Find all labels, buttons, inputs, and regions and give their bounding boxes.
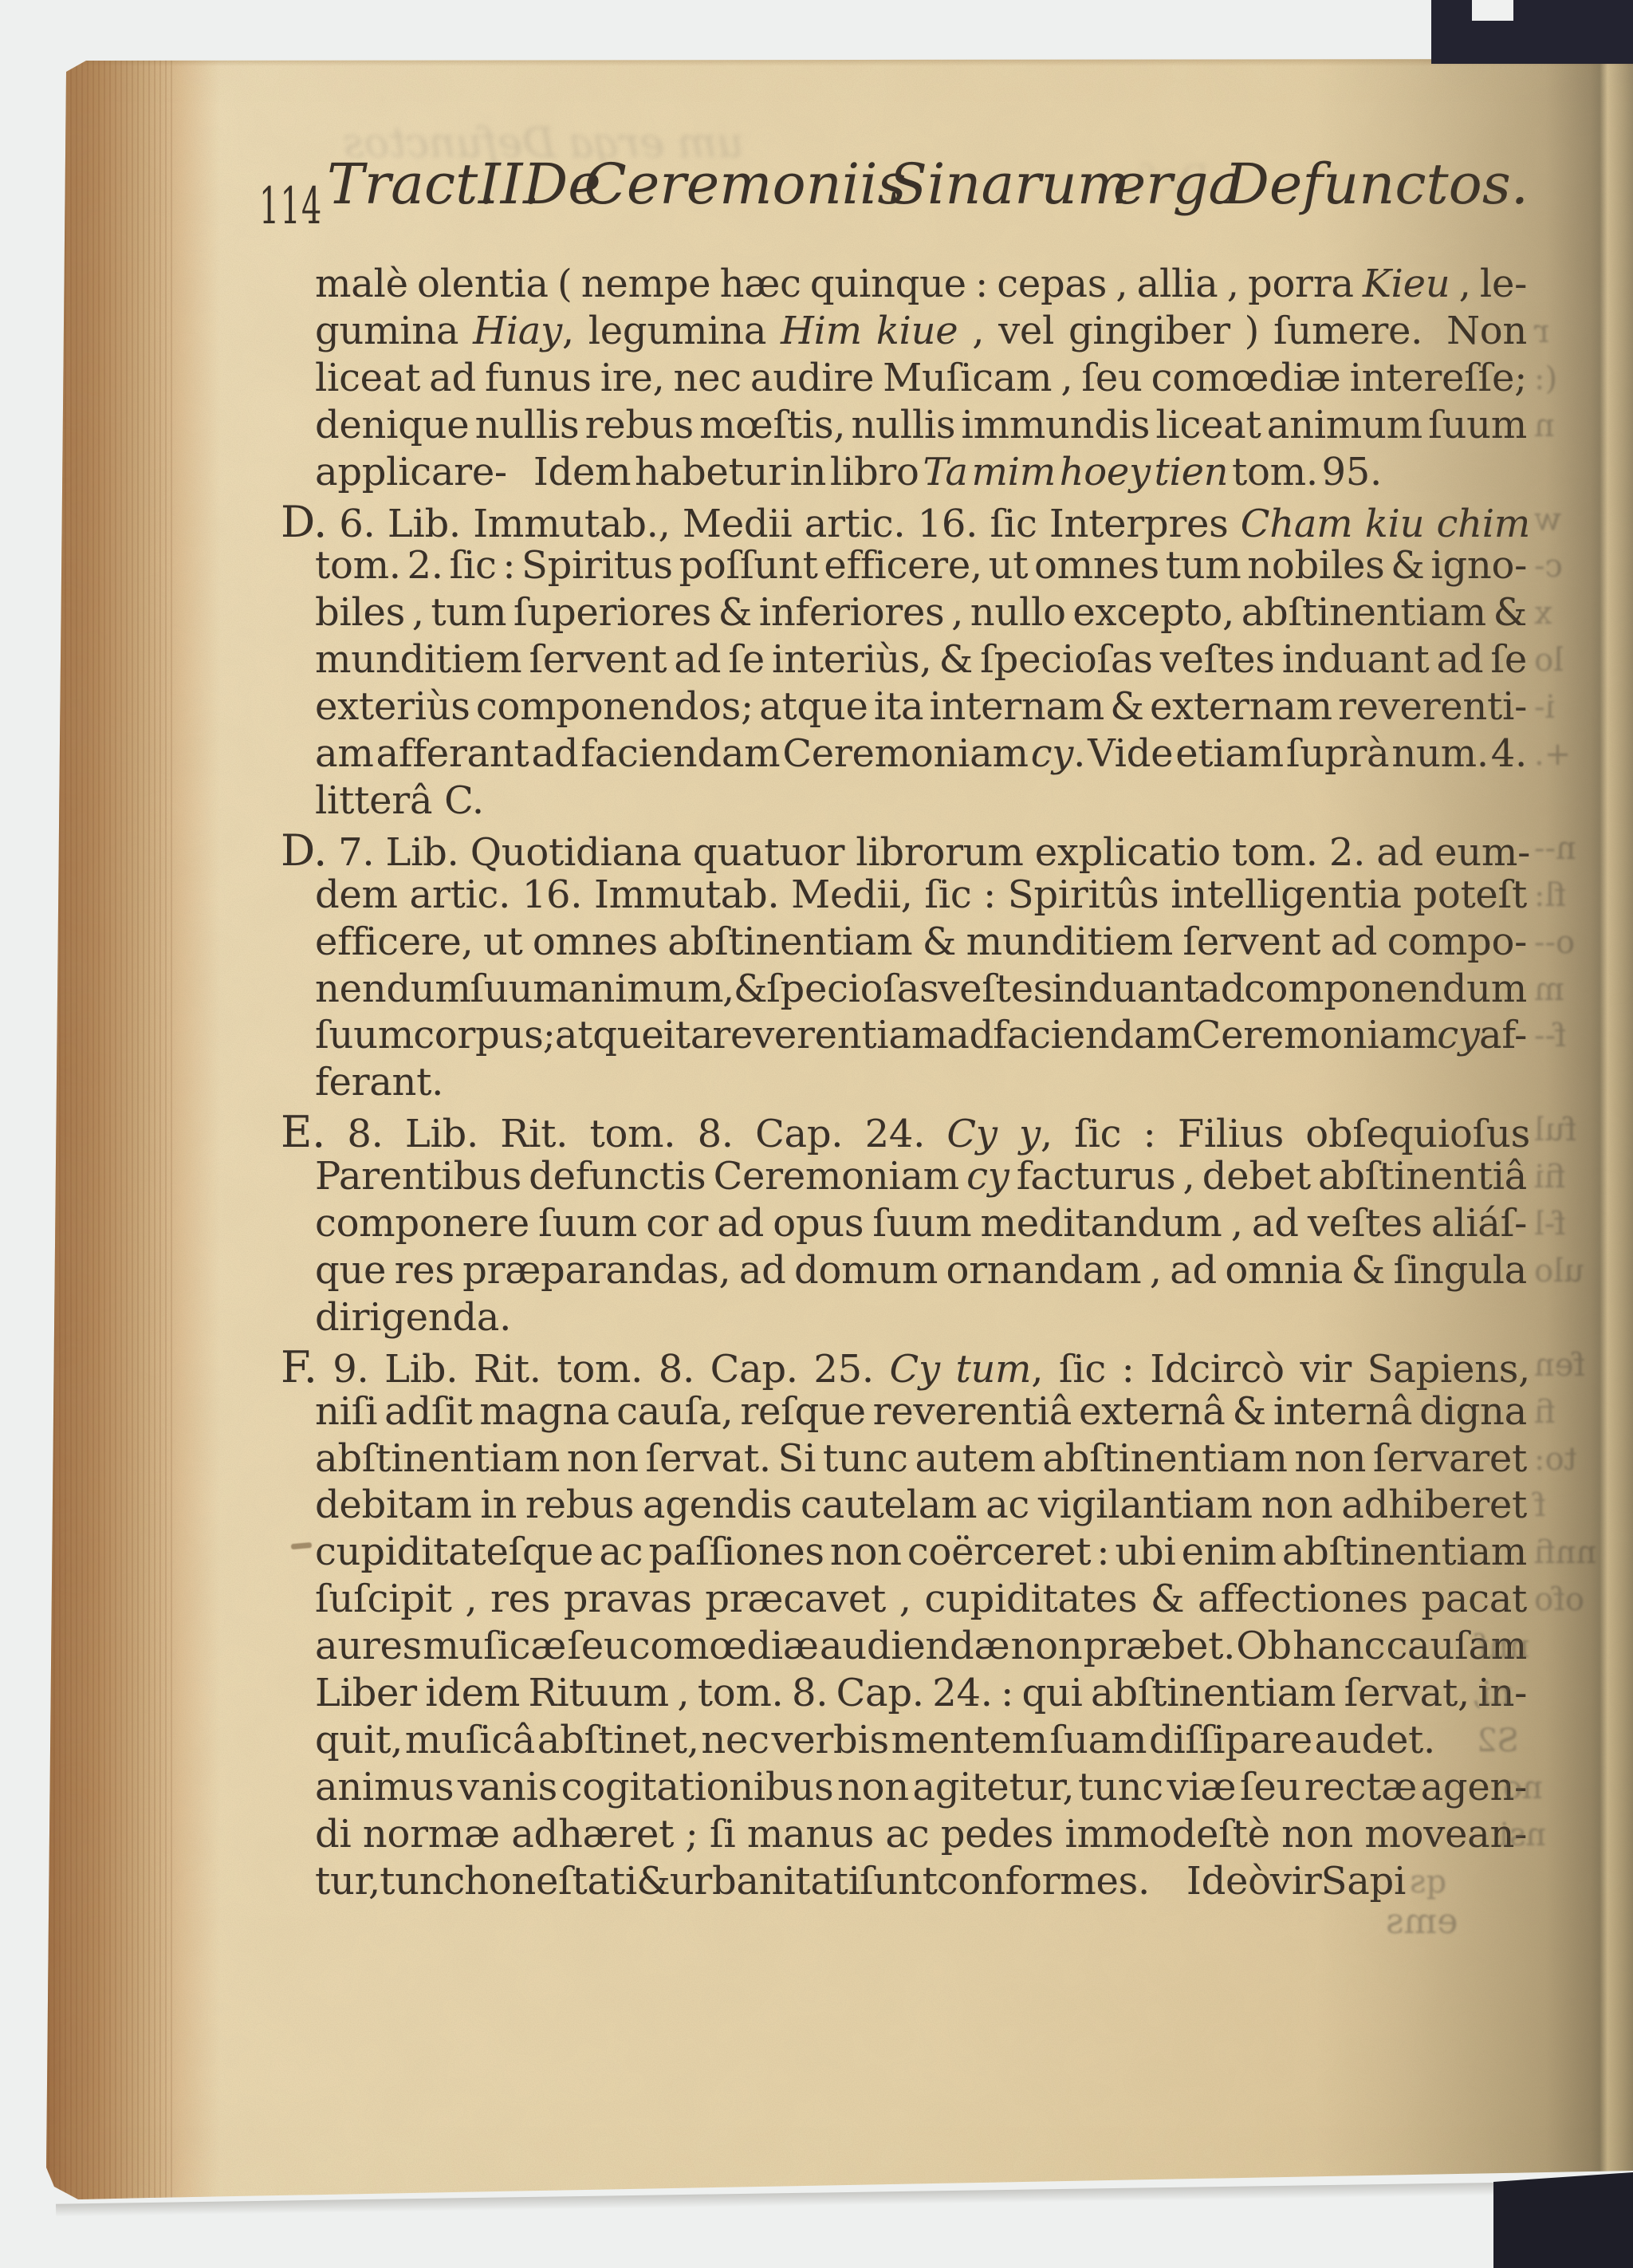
text-line: ſuſcipit , res pravas præcavet , cupidit… [315,1578,1527,1620]
text-segment: liceat ad funus ire, nec audire Muſicam … [315,356,1527,400]
text-segment: am afferant ad faciendam Ceremoniam [315,731,1031,776]
binding-top-right [1431,0,1633,64]
text-line: am afferant ad faciendam Ceremoniam cy. … [315,733,1527,775]
text-line: Liber idem Rituum , tom. 8. Cap. 24. : q… [315,1672,1527,1715]
text-line: cupiditateſque ac paſſiones non coërcere… [315,1531,1527,1573]
text-line: abſtinentiam non ſervat. Si tunc autem a… [315,1438,1527,1480]
text-line: ferant. [315,1061,443,1104]
setoff-ghost: f-l [1534,1206,1566,1242]
text-line: quit, muſicâ abſtinet, nec verbis mentem… [315,1719,1435,1762]
setoff-ghost: o-- [1534,924,1575,961]
text-segment: Kieu [1363,262,1450,306]
text-segment: Cy y [946,1112,1040,1156]
page-top-edge-shadow [45,59,1633,66]
text-segment: . Vide etiam ſuprà num. 4. [1073,731,1527,776]
setoff-ghost: m [1534,971,1564,1008]
setoff-ghost: nnf [1477,1628,1529,1665]
text-line: componere ſuum cor ad opus ſuum meditand… [315,1203,1527,1245]
text-segment: af- [1480,1013,1527,1057]
text-segment: biles , tum ſuperiores & inferiores , nu… [315,590,1527,635]
text-segment: componere ſuum cor ad opus ſuum meditand… [315,1201,1527,1246]
text-segment: litterâ C. [315,778,484,823]
text-line: que res præparandas, ad domum ornandam ,… [315,1250,1527,1292]
text-segment: D. [281,497,327,547]
text-segment: cy [1437,1013,1479,1057]
text-line: Parentibus defunctis Ceremoniam cy factu… [315,1156,1527,1198]
setoff-ghost: to: [1534,1441,1577,1478]
text-segment: animus vanis cogitationibus non agitetur… [315,1765,1527,1809]
scan-background: um erga Defunctos Defu 114 Tract. II. De… [0,0,1633,2268]
text-segment: tom. 95. [1228,450,1382,494]
text-segment: tur, tunc honeſtati & urbanitati ſunt co… [315,1859,1150,1904]
text-segment: quit, muſicâ abſtinet, nec verbis mentem… [315,1718,1435,1762]
text-segment: abſtinentiam non ſervat. Si tunc autem a… [315,1436,1527,1481]
setoff-ghost: nnfi [1534,1534,1596,1571]
text-line: exteriùs componendos; atque ita internam… [315,686,1527,728]
setoff-ghost: S2 [1477,1723,1519,1759]
text-line: malè olentia ( nempe hæc quinque : cepas… [315,263,1527,305]
text-segment: aures muſicæ ſeu comœdiæ audiendæ non pr… [315,1624,1527,1668]
text-line: F. 9. Lib. Rit. tom. 8. Cap. 25. Cy tum,… [281,1344,1530,1391]
text-segment: dirigenda. [315,1295,511,1340]
setoff-ghost: x [1534,595,1552,632]
text-line: gumina Hiay, legumina Him kiue , vel gin… [315,310,1527,352]
setoff-ghost: ful [1534,1112,1576,1148]
setoff-ghost: n [1534,408,1555,444]
word-gap [1150,1892,1186,1894]
text-line: tom. 2. ſic : Spiritus poſſunt efficere,… [315,545,1527,587]
text-line: di normæ adhæret ; ſi manus ac pedes imm… [315,1813,1527,1856]
text-line: aures muſicæ ſeu comœdiæ audiendæ non pr… [315,1625,1527,1668]
text-line: efficere, ut omnes abſtinentiam & mundit… [315,921,1527,963]
text-line: debitam in rebus agendis cautelam ac vig… [315,1484,1527,1526]
text-segment: cupiditateſque ac paſſiones non coërcere… [315,1530,1527,1574]
text-line: dirigenda. [315,1297,511,1339]
text-segment: debitam in rebus agendis cautelam ac vig… [315,1482,1527,1527]
text-line: denique nullis rebus mœſtis, nullis immu… [315,404,1527,447]
text-segment: F. [281,1342,317,1392]
book-page: um erga Defunctos Defu 114 Tract. II. De… [45,59,1633,2204]
text-line: biles , tum ſuperiores & inferiores , nu… [315,592,1527,634]
setoff-ghost: f [1534,1487,1546,1524]
running-title: Tract. II. De Ceremoniis Sinarum erga De… [327,156,1529,212]
text-segment: Idem habetur in libro [533,450,923,494]
text-line: tur, tunc honeſtati & urbanitati ſunt co… [315,1860,1406,1903]
text-line: nendum ſuum animum , & ſpecioſas veſtes … [315,968,1527,1010]
setoff-ghost-bottom: ems [1386,1901,1458,1942]
setoff-ghost: fii [1534,1159,1565,1195]
text-segment: nendum ſuum animum , & ſpecioſas veſtes … [315,967,1527,1011]
setoff-ghost: w [1534,502,1561,538]
text-segment: Hiay [473,309,562,353]
text-segment: , vel gingiber ) ſumere. [958,309,1422,353]
text-segment: , legumina [562,309,781,353]
setoff-ghost: r [1534,313,1549,350]
setoff-ghost: qs [1410,1864,1446,1900]
setoff-ghost: ulo [1534,1253,1584,1290]
text-segment: facturus , debet abſtinentiâ [1009,1154,1527,1199]
text-line: D. 6. Lib. Immutab., Medii artic. 16. ſi… [281,498,1530,545]
setoff-ghost: ofo [1534,1581,1584,1618]
text-segment: D. [281,825,327,876]
setoff-ghost: fen [1534,1347,1585,1384]
text-segment: denique nullis rebus mœſtis, nullis immu… [315,403,1527,447]
text-segment: cy [1031,731,1073,776]
text-line: ſuum corpus ; atque ita reverentiam ad f… [315,1014,1527,1057]
text-segment: Ideò vir Sapi [1186,1859,1406,1904]
text-line: animus vanis cogitationibus non agitetur… [315,1766,1527,1809]
text-segment: Him kiue [781,309,958,353]
text-segment: gumina [315,309,473,353]
binding-gap [1472,0,1513,21]
word-gap [507,483,533,485]
text-segment: 8. Lib. Rit. tom. 8. Cap. 24. [325,1112,946,1156]
text-line: D. 7. Lib. Quotidiana quatuor librorum e… [281,827,1530,874]
text-segment: ſuum corpus ; atque ita reverentiam ad f… [315,1013,1437,1057]
binding-bottom-right [1493,2172,1633,2268]
text-segment: applicare- [315,450,507,494]
text-line: niſi adſit magna cauſa, reſque reverenti… [315,1391,1527,1433]
text-segment: 7. Lib. Quotidiana quatuor librorum expl… [327,830,1530,875]
text-segment: efficere, ut omnes abſtinentiam & mundit… [315,919,1527,964]
setoff-ghost: fi [1534,1394,1556,1431]
text-line: litterâ C. [315,780,484,822]
setoff-ghost: nsi [1499,1817,1546,1853]
text-line: applicare-Idem habetur in libro Ta mim h… [315,451,1382,494]
setoff-ghost: c- [1534,548,1563,585]
setoff-ghost: n-- [1534,830,1576,867]
setoff-ghost: i- [1534,689,1555,726]
text-segment: munditiem ſervent ad ſe interiùs, & ſpec… [315,637,1527,682]
text-segment: que res præparandas, ad domum ornandam ,… [315,1248,1527,1293]
word-gap [1422,342,1446,344]
page-number: 114 [259,181,322,232]
text-segment: Non [1446,309,1527,353]
setoff-ghost: fl: [1534,877,1566,914]
text-line: munditiem ſervent ad ſe interiùs, & ſpec… [315,639,1527,681]
text-segment: Liber idem Rituum , tom. 8. Cap. 24. : q… [315,1671,1527,1715]
text-segment: , ſic : Idcircò vir Sapiens, [1031,1347,1530,1392]
text-segment: 6. Lib. Immutab., Medii artic. 16. ſic I… [327,502,1241,546]
setoff-ghost: +. [1534,736,1571,773]
text-segment: Cy tum [890,1347,1032,1392]
text-segment: , ſic : Filius obſequioſus [1041,1112,1530,1156]
text-segment: di normæ adhæret ; ſi manus ac pedes imm… [315,1812,1527,1857]
setoff-ghost: no [1503,1770,1543,1806]
setoff-ghost: (: [1534,360,1557,397]
text-segment: dem artic. 16. Immutab. Medii, ſic : Spi… [315,872,1527,917]
text-segment: malè olentia ( nempe hæc quinque : cepas… [315,262,1363,306]
text-segment: exteriùs componendos; atque ita internam… [315,684,1527,729]
setoff-ghost: lo [1534,642,1564,679]
text-segment: niſi adſit magna cauſa, reſque reverenti… [315,1389,1527,1434]
text-segment: 9. Lib. Rit. tom. 8. Cap. 25. [317,1347,890,1392]
text-segment: Parentibus defunctis Ceremoniam [315,1154,966,1199]
text-segment: Cham kiu chim [1241,502,1530,546]
text-segment: ferant. [315,1060,443,1104]
text-line: dem artic. 16. Immutab. Medii, ſic : Spi… [315,874,1527,916]
text-segment: E. [281,1107,325,1157]
text-segment: tom. 2. ſic : Spiritus poſſunt efficere,… [315,543,1527,588]
text-line: liceat ad funus ire, nec audire Muſicam … [315,357,1527,400]
text-segment: cy [966,1154,1009,1199]
text-line: E. 8. Lib. Rit. tom. 8. Cap. 24. Cy y, ſ… [281,1108,1530,1156]
text-segment: Ta mim hoey tien [923,450,1228,494]
setoff-ghost: ni, [1471,1675,1512,1712]
setoff-ghost: f-- [1534,1018,1566,1054]
text-segment: ſuſcipit , res pravas præcavet , cupidit… [315,1577,1527,1621]
text-segment: , le- [1450,262,1527,306]
